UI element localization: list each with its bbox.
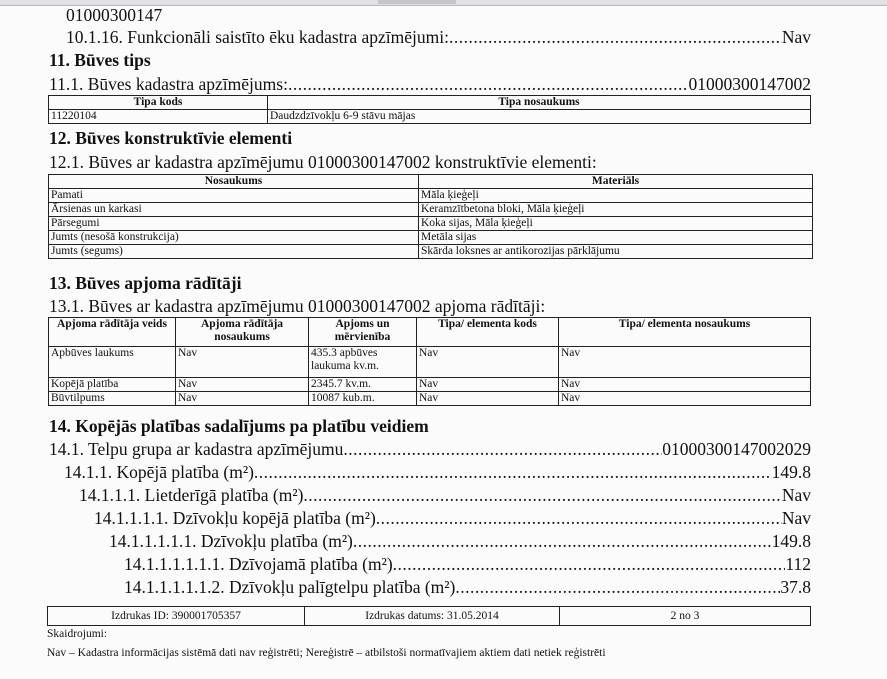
row-value: 149.8 bbox=[772, 531, 811, 551]
section-13-subtitle: 13.1. Būves ar kadastra apzīmējumu 01000… bbox=[49, 296, 545, 316]
col-header: Nosaukums bbox=[49, 175, 419, 189]
col-header: Apjoms un mērvienība bbox=[309, 318, 417, 347]
row-11-1: 11.1. Būves kadastra apzīmējums: 0100030… bbox=[49, 74, 811, 94]
cell: Nav bbox=[417, 392, 559, 406]
table-row: 11220104 Daudzdzīvokļu 6-9 stāvu mājas bbox=[49, 110, 811, 124]
col-header: Apjoma rādītāja nosaukums bbox=[176, 318, 309, 347]
area-row: 14.1.1.1.1.1.1. Dzīvojamā platība (m²) 1… bbox=[124, 554, 811, 574]
row-value: 01000300147002029 bbox=[662, 439, 811, 459]
row-label: 14.1.1.1.1.1. Dzīvokļu platība (m²) bbox=[109, 531, 353, 551]
section-12-subtitle: 12.1. Būves ar kadastra apzīmējumu 01000… bbox=[49, 152, 597, 172]
section-13-title: 13. Būves apjoma rādītāji bbox=[49, 273, 242, 293]
row-value: 01000300147002 bbox=[689, 74, 812, 94]
area-row: 14.1.1.1.1.1.2. Dzīvokļu palīgtelpu plat… bbox=[124, 577, 811, 597]
leader-dots bbox=[376, 508, 782, 528]
cell: Jumts (segums) bbox=[49, 245, 419, 259]
cell: 11220104 bbox=[49, 110, 268, 124]
cell: Nav bbox=[559, 347, 811, 378]
leader-dots bbox=[288, 74, 689, 94]
table-header-row: Apjoma rādītāja veids Apjoma rādītāja no… bbox=[49, 318, 811, 347]
area-row: 14.1.1.1.1. Dzīvokļu kopējā platība (m²)… bbox=[94, 508, 811, 528]
cell: Māla ķieģeļi bbox=[419, 189, 813, 203]
cell: Ārsienas un karkasi bbox=[49, 203, 419, 217]
document-page: 01000300147 10.1.16. Funkcionāli saistīt… bbox=[0, 0, 887, 679]
leader-dots bbox=[353, 531, 772, 551]
row-value: Nav bbox=[782, 508, 811, 528]
cell: Nav bbox=[176, 378, 309, 392]
table-row: Kopējā platība Nav 2345.7 kv.m. Nav Nav bbox=[49, 378, 811, 392]
cell: Nav bbox=[417, 347, 559, 378]
table-row: Jumts (segums)Skārda loksnes ar antikoro… bbox=[49, 245, 813, 259]
leader-dots bbox=[449, 27, 782, 47]
row-label: 14.1.1. Kopējā platība (m²) bbox=[64, 462, 254, 482]
cell: Nav bbox=[559, 378, 811, 392]
col-header: Tipa/ elementa nosaukums bbox=[559, 318, 811, 347]
row-value: 112 bbox=[785, 554, 811, 574]
area-row: 14.1. Telpu grupa ar kadastra apzīmējumu… bbox=[49, 439, 811, 459]
table-row: Apbūves laukums Nav 435.3 apbūves laukum… bbox=[49, 347, 811, 378]
cell: Apbūves laukums bbox=[49, 347, 176, 378]
table-header-row: Tipa kods Tipa nosaukums bbox=[49, 96, 811, 110]
print-id: Izdrukas ID: 390001705357 bbox=[48, 607, 305, 625]
print-date: Izdrukas datums: 31.05.2014 bbox=[305, 607, 560, 625]
table-row: Būvtilpums Nav 10087 kub.m. Nav Nav bbox=[49, 392, 811, 406]
cell: Pārsegumi bbox=[49, 217, 419, 231]
notes-text: Nav – Kadastra informācijas sistēmā dati… bbox=[47, 647, 606, 660]
cell: Nav bbox=[176, 347, 309, 378]
kadastrs-fragment: 01000300147 bbox=[66, 5, 162, 25]
building-type-table: Tipa kods Tipa nosaukums 11220104 Daudzd… bbox=[48, 95, 811, 124]
row-label: 14.1.1.1.1.1.2. Dzīvokļu palīgtelpu plat… bbox=[124, 577, 455, 597]
cell: 435.3 apbūves laukuma kv.m. bbox=[309, 347, 417, 378]
leader-dots bbox=[455, 577, 780, 597]
row-label: 14.1. Telpu grupa ar kadastra apzīmējumu bbox=[49, 439, 343, 459]
leader-dots bbox=[303, 485, 781, 505]
leader-dots bbox=[393, 554, 786, 574]
row-label: 10.1.16. Funkcionāli saistīto ēku kadast… bbox=[66, 27, 449, 47]
row-label: 14.1.1.1.1.1.1. Dzīvojamā platība (m²) bbox=[124, 554, 393, 574]
cell: Keramzītbetona bloki, Māla ķieģeļi bbox=[419, 203, 813, 217]
print-info-footer: Izdrukas ID: 390001705357 Izdrukas datum… bbox=[47, 606, 811, 626]
cell: Daudzdzīvokļu 6-9 stāvu mājas bbox=[268, 110, 811, 124]
section-14-title: 14. Kopējās platības sadalījums pa platī… bbox=[49, 416, 429, 436]
row-value: Nav bbox=[782, 27, 811, 47]
area-row: 14.1.1. Kopējā platība (m²) 149.8 bbox=[64, 462, 811, 482]
cell: 2345.7 kv.m. bbox=[309, 378, 417, 392]
col-header: Tipa nosaukums bbox=[268, 96, 811, 110]
row-label: 14.1.1.1.1. Dzīvokļu kopējā platība (m²) bbox=[94, 508, 376, 528]
cell: Kopējā platība bbox=[49, 378, 176, 392]
notes-title: Skaidrojumi: bbox=[47, 628, 107, 641]
constructive-elements-table: Nosaukums Materiāls PamatiMāla ķieģeļi Ā… bbox=[48, 174, 813, 259]
col-header: Materiāls bbox=[419, 175, 813, 189]
area-row: 14.1.1.1.1.1. Dzīvokļu platība (m²) 149.… bbox=[109, 531, 811, 551]
col-header: Tipa kods bbox=[49, 96, 268, 110]
cell: Nav bbox=[176, 392, 309, 406]
row-value: 149.8 bbox=[772, 462, 811, 482]
row-value: Nav bbox=[782, 485, 811, 505]
page-number: 2 no 3 bbox=[560, 607, 810, 625]
cell: Būvtilpums bbox=[49, 392, 176, 406]
col-header: Tipa/ elementa kods bbox=[417, 318, 559, 347]
cell: Skārda loksnes ar antikorozijas pārklāju… bbox=[419, 245, 813, 259]
table-row: PamatiMāla ķieģeļi bbox=[49, 189, 813, 203]
cell: Nav bbox=[559, 392, 811, 406]
cell: Jumts (nesošā konstrukcija) bbox=[49, 231, 419, 245]
volume-indicators-table: Apjoma rādītāja veids Apjoma rādītāja no… bbox=[48, 317, 811, 406]
col-header: Apjoma rādītāja veids bbox=[49, 318, 176, 347]
table-row: Jumts (nesošā konstrukcija)Metāla sijas bbox=[49, 231, 813, 245]
cell: 10087 kub.m. bbox=[309, 392, 417, 406]
cell: Pamati bbox=[49, 189, 419, 203]
cell: Nav bbox=[417, 378, 559, 392]
section-12-title: 12. Būves konstruktīvie elementi bbox=[49, 128, 292, 148]
section-11-title: 11. Būves tips bbox=[49, 50, 151, 70]
row-label: 11.1. Būves kadastra apzīmējums: bbox=[49, 74, 288, 94]
row-label: 14.1.1.1. Lietderīgā platība (m²) bbox=[79, 485, 303, 505]
cell: Koka sijas, Māla ķieģeļi bbox=[419, 217, 813, 231]
leader-dots bbox=[343, 439, 662, 459]
area-row: 14.1.1.1. Lietderīgā platība (m²) Nav bbox=[79, 485, 811, 505]
cell: Metāla sijas bbox=[419, 231, 813, 245]
row-10-1-16: 10.1.16. Funkcionāli saistīto ēku kadast… bbox=[66, 27, 811, 47]
table-row: PārsegumiKoka sijas, Māla ķieģeļi bbox=[49, 217, 813, 231]
row-value: 37.8 bbox=[780, 577, 811, 597]
leader-dots bbox=[254, 462, 772, 482]
table-row: Ārsienas un karkasiKeramzītbetona bloki,… bbox=[49, 203, 813, 217]
table-header-row: Nosaukums Materiāls bbox=[49, 175, 813, 189]
